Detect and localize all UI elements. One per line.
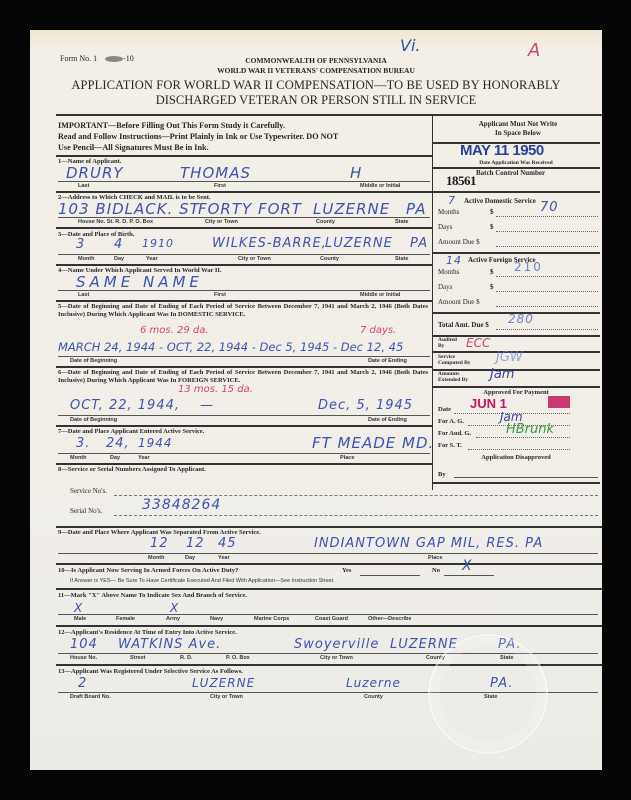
no-field[interactable] bbox=[444, 575, 494, 576]
section-8-label: 8—Service or Serial Numbers Assigned To … bbox=[58, 466, 206, 473]
birth-month-value[interactable]: 3 bbox=[76, 237, 85, 252]
foreign-duration-note: 13 mos. 15 da. bbox=[178, 384, 253, 395]
no-checkbox-mark[interactable]: X bbox=[462, 558, 473, 574]
dollar-sign: $ bbox=[490, 223, 494, 231]
approved-title: Approved For Payment bbox=[432, 389, 600, 396]
caption-rd: R. D. bbox=[180, 655, 193, 661]
audg-signature: HBrunk bbox=[506, 422, 554, 437]
rule bbox=[58, 453, 430, 454]
instructions-line-3: Use Pencil—All Signatures Must Be in Ink… bbox=[58, 142, 430, 153]
batch-number-stamp: 18561 bbox=[446, 173, 476, 189]
rule bbox=[432, 191, 600, 193]
rule bbox=[58, 356, 430, 357]
residence-house-value[interactable]: 104 bbox=[70, 637, 98, 652]
dollar-sign: $ bbox=[490, 208, 494, 216]
serial-no-line bbox=[114, 515, 598, 516]
residence-city-value[interactable]: Swoyerville bbox=[294, 637, 379, 652]
domestic-service-title: Active Domestic Service bbox=[464, 197, 536, 205]
entry-place-value[interactable]: FT MEADE MD. bbox=[312, 434, 434, 452]
separation-place-value[interactable]: INDIANTOWN GAP MIL, RES. PA bbox=[314, 536, 543, 551]
option-marine-corps[interactable]: Marine Corps bbox=[254, 616, 289, 622]
separation-year-value[interactable]: 45 bbox=[218, 536, 237, 551]
birth-day-value[interactable]: 4 bbox=[114, 237, 123, 252]
rule bbox=[58, 217, 430, 218]
last-name-value[interactable]: DRURY bbox=[66, 164, 124, 182]
rule bbox=[58, 254, 430, 255]
serial-no-label: Serial No's. bbox=[70, 507, 102, 515]
office-use-heading: Applicant Must Not Write In Space Below bbox=[436, 120, 600, 138]
dollar-sign: $ bbox=[490, 283, 494, 291]
section-6-label: 6—Date of Beginning and Date of Ending o… bbox=[58, 369, 428, 385]
caption-month: Month bbox=[148, 555, 165, 561]
caption-day: Day bbox=[110, 455, 120, 461]
option-female[interactable]: Female bbox=[116, 616, 135, 622]
st-label: For S. T. bbox=[438, 442, 462, 449]
commonwealth-heading: COMMONWEALTH OF PENNSYLVANIA bbox=[30, 56, 602, 65]
army-mark[interactable]: X bbox=[170, 601, 179, 615]
rule bbox=[56, 264, 432, 266]
service-no-label: Service No's. bbox=[70, 487, 107, 495]
caption-end: Date of Ending bbox=[368, 358, 407, 364]
caption-year: Year bbox=[218, 555, 230, 561]
received-caption: Date Application Was Received bbox=[432, 160, 600, 166]
title-line-2: DISCHARGED VETERAN OR PERSON STILL IN SE… bbox=[30, 93, 602, 108]
embossed-seal bbox=[428, 634, 548, 754]
approved-date-stamp: JUN 1 bbox=[470, 396, 507, 411]
mail-state-value[interactable]: PA bbox=[406, 200, 427, 218]
rule bbox=[58, 614, 598, 615]
birth-year-value[interactable]: 1910 bbox=[142, 237, 174, 250]
fill-line bbox=[496, 246, 598, 247]
rule bbox=[56, 463, 432, 465]
caption-house: House No. St. R. D. P. O. Box bbox=[78, 219, 153, 225]
birth-state-value[interactable]: PA bbox=[410, 236, 428, 251]
audited-by-initials: ECC bbox=[466, 336, 490, 350]
section-13-label: 13—Applicant Was Registered Under Select… bbox=[58, 668, 243, 675]
batch-caption: Batch Control Number bbox=[476, 169, 545, 177]
computed-by-label: Service Computed By bbox=[438, 354, 478, 366]
no-label: No bbox=[432, 567, 440, 574]
domestic-months-label: Months bbox=[438, 208, 459, 216]
fill-line bbox=[496, 306, 598, 307]
domestic-margin-note: 7 bbox=[448, 194, 456, 207]
extended-by-initials: Jam bbox=[490, 367, 514, 382]
service-name-value[interactable]: SAME NAME bbox=[76, 273, 203, 291]
foreign-due-label: Amount Due $ bbox=[438, 298, 480, 306]
foreign-months-value[interactable]: 210 bbox=[514, 260, 543, 274]
blue-annotation: Vi. bbox=[400, 36, 420, 55]
ag-label: For A. G. bbox=[438, 418, 464, 425]
caption-state: State bbox=[395, 219, 408, 225]
fill-line bbox=[496, 329, 598, 330]
title-line-1: APPLICATION FOR WORLD WAR II COMPENSATIO… bbox=[30, 78, 602, 93]
option-coast-guard[interactable]: Coast Guard bbox=[315, 616, 348, 622]
dollar-sign: $ bbox=[490, 268, 494, 276]
fill-line bbox=[454, 477, 598, 478]
male-mark[interactable]: X bbox=[74, 601, 83, 615]
option-army[interactable]: Army bbox=[166, 616, 180, 622]
first-name-value[interactable]: THOMAS bbox=[180, 164, 251, 182]
domestic-days-note: 7 days. bbox=[360, 325, 396, 336]
office-heading-line-1: Applicant Must Not Write bbox=[436, 120, 600, 129]
rule bbox=[56, 191, 432, 193]
caption-state: State bbox=[395, 256, 408, 262]
total-amount-value[interactable]: 280 bbox=[508, 312, 534, 326]
domestic-days-label: Days bbox=[438, 223, 452, 231]
application-form-paper: Form No. 1 -10 Vi. A COMMONWEALTH OF PEN… bbox=[30, 30, 602, 770]
caption-street: Street bbox=[130, 655, 146, 661]
rule bbox=[58, 415, 430, 416]
total-label: Total Amt. Due $ bbox=[438, 321, 489, 329]
rule bbox=[432, 386, 600, 388]
rule bbox=[56, 625, 602, 627]
section-11-label: 11—Mark "X" Above Name To Indicate Sex A… bbox=[58, 592, 247, 599]
section-10-note: If Answer is YES— Be Sure To Have Certif… bbox=[70, 578, 335, 584]
draft-board-value[interactable]: 2 bbox=[78, 676, 87, 691]
fill-line bbox=[496, 291, 598, 292]
draft-city-value[interactable]: LUZERNE bbox=[192, 676, 255, 690]
office-heading-line-2: In Space Below bbox=[436, 129, 600, 138]
middle-initial-value[interactable]: H bbox=[350, 164, 362, 182]
foreign-end-value[interactable]: Dec, 5, 1945 bbox=[318, 398, 413, 413]
caption-day: Day bbox=[114, 256, 124, 262]
mail-county-value[interactable]: LUZERNE bbox=[313, 200, 390, 218]
caption-end: Date of Ending bbox=[368, 417, 407, 423]
foreign-dash: — bbox=[200, 398, 214, 413]
rule bbox=[58, 290, 430, 291]
extended-by-label: Amounts Extended By bbox=[438, 371, 478, 383]
yes-field[interactable] bbox=[360, 575, 420, 576]
mail-city-value[interactable]: FORTY FORT bbox=[198, 200, 302, 218]
rule bbox=[58, 553, 598, 554]
caption-begin: Date of Beginning bbox=[70, 358, 117, 364]
birth-city-value[interactable]: WILKES-BARRE, bbox=[212, 236, 327, 251]
entry-month-value[interactable]: 3. bbox=[76, 436, 90, 451]
rule bbox=[58, 181, 430, 182]
caption-po-box: P. O. Box bbox=[226, 655, 250, 661]
caption-city: City or Town bbox=[210, 694, 243, 700]
caption-city: City or Town bbox=[238, 256, 271, 262]
caption-county: County bbox=[320, 256, 339, 262]
rule bbox=[432, 482, 600, 484]
instructions-line-2: Read and Follow Instructions—Print Plain… bbox=[58, 131, 430, 142]
caption-house: House No. bbox=[70, 655, 97, 661]
section-7-label: 7—Date and Place Applicant Entered Activ… bbox=[58, 428, 204, 435]
foreign-margin-note: 14 bbox=[446, 254, 462, 267]
mail-street-value[interactable]: 103 BIDLACK. ST bbox=[58, 200, 200, 218]
foreign-months-label: Months bbox=[438, 268, 459, 276]
caption-month: Month bbox=[70, 455, 87, 461]
approved-stamp-block bbox=[548, 396, 570, 408]
rule bbox=[56, 425, 432, 427]
header-rule bbox=[56, 114, 602, 116]
caption-year: Year bbox=[146, 256, 158, 262]
section-9-label: 9—Date and Place Where Applicant Was Sep… bbox=[58, 529, 261, 536]
caption-county: County bbox=[364, 694, 383, 700]
domestic-months-value[interactable]: 70 bbox=[540, 200, 559, 215]
fill-line bbox=[496, 216, 598, 217]
fill-line bbox=[468, 449, 570, 450]
entry-day-value[interactable]: 24, bbox=[106, 436, 130, 451]
disapproved-title: Application Disapproved bbox=[432, 454, 600, 461]
caption-year: Year bbox=[138, 455, 150, 461]
computed-by-initials: JGW bbox=[496, 350, 523, 365]
foreign-days-label: Days bbox=[438, 283, 452, 291]
domestic-duration-note: 6 mos. 29 da. bbox=[140, 325, 209, 336]
caption-draft-board: Draft Board No. bbox=[70, 694, 111, 700]
fill-line bbox=[476, 437, 570, 438]
option-other[interactable]: Other—Describe bbox=[368, 616, 411, 622]
rule bbox=[56, 588, 602, 590]
option-male[interactable]: Male bbox=[74, 616, 86, 622]
domestic-due-label: Amount Due $ bbox=[438, 238, 480, 246]
caption-first: First bbox=[214, 292, 226, 298]
yes-label: Yes bbox=[342, 567, 351, 574]
birth-county-value[interactable]: LUZERNE bbox=[325, 236, 393, 251]
rule bbox=[56, 366, 432, 368]
serial-number-value[interactable]: 33848264 bbox=[142, 497, 221, 513]
rule bbox=[56, 526, 602, 528]
bureau-heading: WORLD WAR II VETERANS' COMPENSATION BURE… bbox=[30, 66, 602, 75]
instructions: IMPORTANT—Before Filling Out This Form S… bbox=[58, 120, 430, 153]
fill-line bbox=[496, 231, 598, 232]
rule bbox=[56, 563, 602, 565]
caption-place: Place bbox=[428, 555, 442, 561]
by-label: By bbox=[438, 471, 446, 478]
received-date-stamp: MAY 11 1950 bbox=[460, 142, 544, 159]
separation-month-value[interactable]: 12 bbox=[150, 536, 169, 551]
instructions-line-1: IMPORTANT—Before Filling Out This Form S… bbox=[58, 120, 430, 131]
fill-line bbox=[496, 276, 598, 277]
domestic-service-dates-value[interactable]: MARCH 24, 1944 - OCT, 22, 1944 - Dec 5, … bbox=[58, 340, 403, 354]
caption-last: Last bbox=[78, 183, 89, 189]
caption-city: City or Town bbox=[205, 219, 238, 225]
rule bbox=[56, 300, 432, 302]
caption-middle: Middle or Initial bbox=[360, 183, 400, 189]
date-label: Date bbox=[438, 406, 451, 413]
section-10-label: 10—Is Applicant Now Serving In Armed For… bbox=[58, 567, 238, 574]
caption-day: Day bbox=[185, 555, 195, 561]
rule bbox=[56, 227, 432, 229]
section-12-label: 12—Applicant's Residence At Time of Entr… bbox=[58, 629, 237, 636]
separation-day-value[interactable]: 12 bbox=[186, 536, 205, 551]
caption-county: County bbox=[316, 219, 335, 225]
caption-first: First bbox=[214, 183, 226, 189]
service-no-line bbox=[114, 495, 598, 496]
audited-by-label: Audited By bbox=[438, 337, 460, 349]
caption-middle: Middle or Initial bbox=[360, 292, 400, 298]
draft-county-value[interactable]: Luzerne bbox=[346, 676, 401, 690]
caption-city: City or Town bbox=[320, 655, 353, 661]
caption-last: Last bbox=[78, 292, 89, 298]
foreign-begin-value[interactable]: OCT, 22, 1944, bbox=[70, 398, 180, 413]
audg-label: For Aud. G. bbox=[438, 430, 471, 437]
caption-begin: Date of Beginning bbox=[70, 417, 117, 423]
rule bbox=[56, 155, 432, 157]
option-navy[interactable]: Navy bbox=[210, 616, 223, 622]
residence-street-value[interactable]: WATKINS Ave. bbox=[118, 637, 221, 652]
entry-year-value[interactable]: 1944 bbox=[138, 436, 173, 450]
caption-month: Month bbox=[78, 256, 95, 262]
section-5-label: 5—Date of Beginning and Date of Ending o… bbox=[58, 303, 428, 319]
caption-place: Place bbox=[340, 455, 354, 461]
